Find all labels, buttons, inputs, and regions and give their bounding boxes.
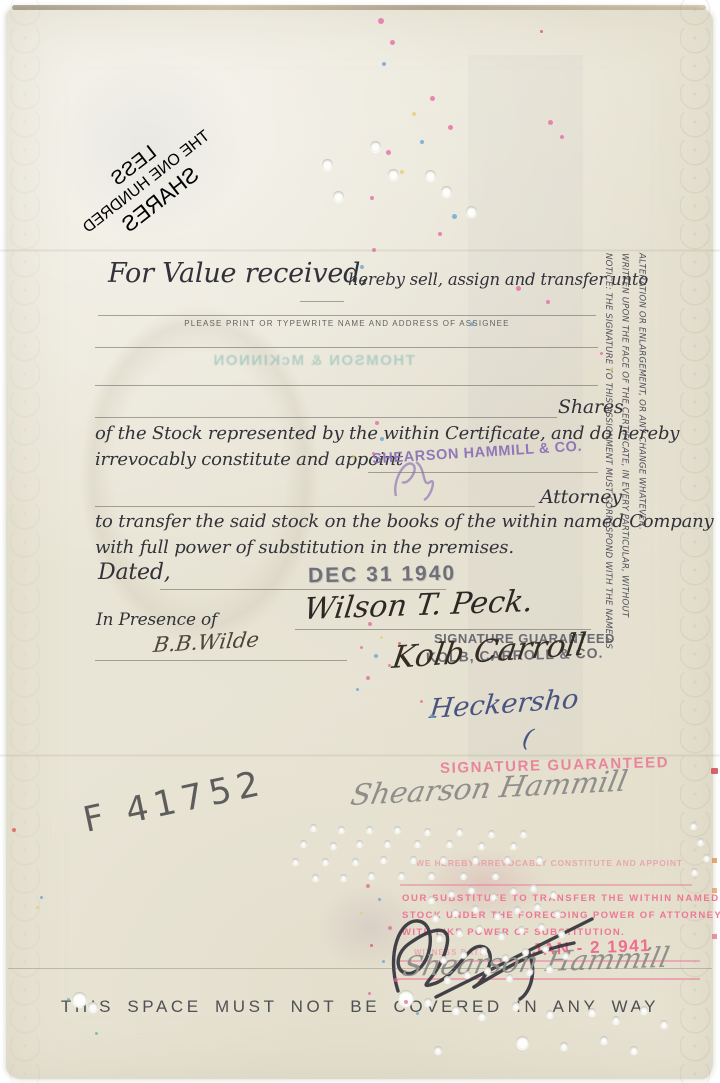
confetti-specks-layer [0,0,720,1083]
confetti-speck [40,896,43,899]
confetti-speck [430,714,434,718]
confetti-speck [412,112,416,116]
confetti-speck [560,135,564,139]
confetti-speck [516,286,521,291]
confetti-speck [420,140,424,144]
confetti-speck [370,196,374,200]
confetti-speck [378,18,384,24]
confetti-speck [420,700,423,703]
confetti-speck [600,352,603,355]
confetti-speck [12,828,16,832]
confetti-speck [366,676,370,680]
confetti-speck [416,1012,419,1015]
confetti-speck [404,1000,408,1004]
confetti-speck [375,421,379,425]
confetti-speck [430,96,435,101]
confetti-speck [470,322,474,326]
confetti-speck [67,998,70,1001]
confetti-speck [356,688,359,691]
confetti-speck [610,368,613,371]
confetti-speck [394,978,398,982]
scanned-stock-certificate-back: LESS THE ONE HUNDRED SHARES For Value re… [0,0,720,1083]
confetti-speck [370,944,373,947]
confetti-speck [368,622,372,626]
confetti-speck [36,906,39,909]
confetti-speck [352,456,355,459]
confetti-speck [380,437,384,441]
confetti-speck [388,664,391,667]
confetti-speck [390,40,395,45]
confetti-speck [372,248,376,252]
confetti-speck [386,150,391,155]
confetti-speck [400,170,404,174]
confetti-speck [368,992,371,995]
confetti-speck [382,960,385,963]
confetti-speck [388,926,392,930]
confetti-speck [438,232,442,236]
confetti-speck [95,1032,98,1035]
confetti-speck [360,265,364,269]
confetti-speck [366,884,370,888]
confetti-speck [380,636,383,639]
confetti-speck [448,125,453,130]
confetti-speck [360,912,363,915]
confetti-speck [546,300,550,304]
confetti-speck [382,62,386,66]
confetti-speck [540,30,543,33]
confetti-speck [360,646,363,649]
confetti-speck [452,214,457,219]
confetti-speck [398,642,401,645]
confetti-speck [378,898,381,901]
confetti-speck [374,654,378,658]
confetti-speck [548,120,553,125]
confetti-speck [372,452,375,455]
